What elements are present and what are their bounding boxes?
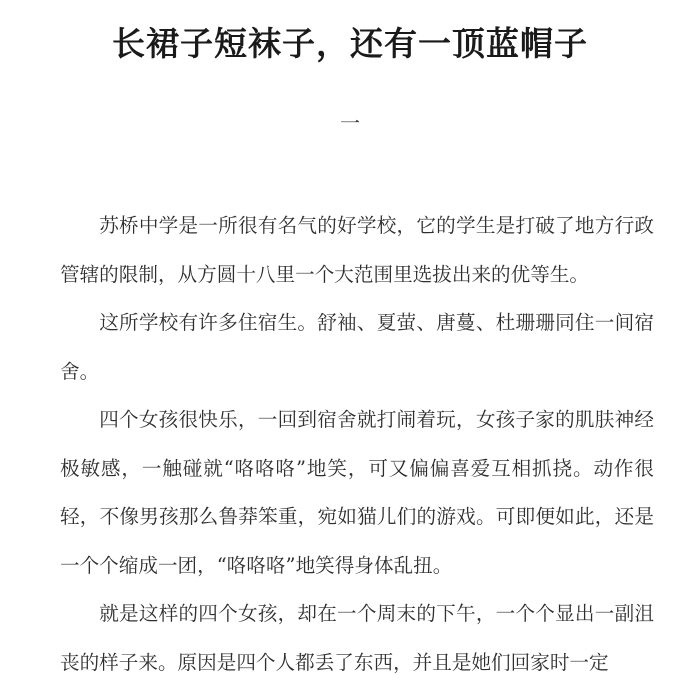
chapter-number: 一 [0, 108, 700, 138]
paragraph: 这所学校有许多住宿生。舒袖、夏萤、唐蔓、杜珊珊同住一间宿舍。 [60, 299, 654, 396]
body-text: 苏桥中学是一所很有名气的好学校，它的学生是打破了地方行政管辖的限制，从方圆十八里… [60, 202, 654, 687]
paragraph: 苏桥中学是一所很有名气的好学校，它的学生是打破了地方行政管辖的限制，从方圆十八里… [60, 202, 654, 299]
paragraph: 就是这样的四个女孩，却在一个周末的下午，一个个显出一副沮丧的样子来。原因是四个人… [60, 590, 654, 687]
chapter-title: 长裙子短袜子，还有一顶蓝帽子 [0, 22, 700, 66]
paragraph: 四个女孩很快乐，一回到宿舍就打闹着玩，女孩子家的肌肤神经极敏感，一触碰就“咯咯咯… [60, 396, 654, 590]
book-page: 长裙子短袜子，还有一顶蓝帽子 一 苏桥中学是一所很有名气的好学校，它的学生是打破… [0, 0, 700, 688]
